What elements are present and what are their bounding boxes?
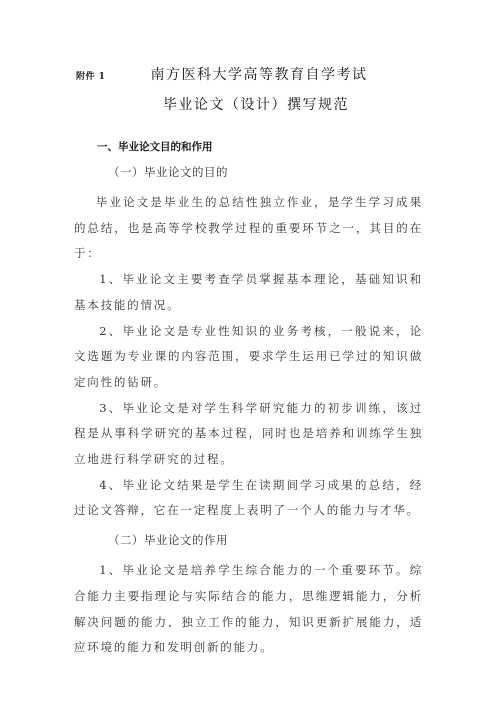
paragraph: 毕业论文是毕业生的总结性独立作业，是学生学习成果的总结，也是高等学校教学过程的重… <box>74 190 423 267</box>
document-page: 附件 1 南方医科大学高等教育自学考试 毕业论文（设计）撰写规范 一、毕业论文目… <box>0 0 500 707</box>
paragraph: 1、毕业论文是培养学生综合能力的一个重要环节。综合能力主要指理论与实际结合的能力… <box>74 558 423 661</box>
document-subtitle: 毕业论文（设计）撰写规范 <box>0 94 500 114</box>
paragraph: 2、毕业论文是专业性知识的业务考核，一般说来，论文选题为专业课的内容范围，要求学… <box>74 319 423 396</box>
document-body: 一、毕业论文目的和作用 （一）毕业论文的目的 毕业论文是毕业生的总结性独立作业，… <box>75 140 423 661</box>
subsection-heading: （一）毕业论文的目的 <box>108 162 423 182</box>
subsection-heading: （二）毕业论文的作用 <box>108 530 423 550</box>
paragraph: 3、毕业论文是对学生科学研究能力的初步训练，该过程是从事科学研究的基本过程，同时… <box>74 396 423 473</box>
paragraph: 1、毕业论文主要考查学员掌握基本理论，基础知识和基本技能的情况。 <box>74 267 423 318</box>
paragraph: 4、毕业论文结果是学生在读期间学习成果的总结，经过论文答辩，它在一定程度上表明了… <box>74 473 423 524</box>
document-title: 南方医科大学高等教育自学考试 <box>0 64 500 84</box>
section-heading: 一、毕业论文目的和作用 <box>97 140 423 154</box>
